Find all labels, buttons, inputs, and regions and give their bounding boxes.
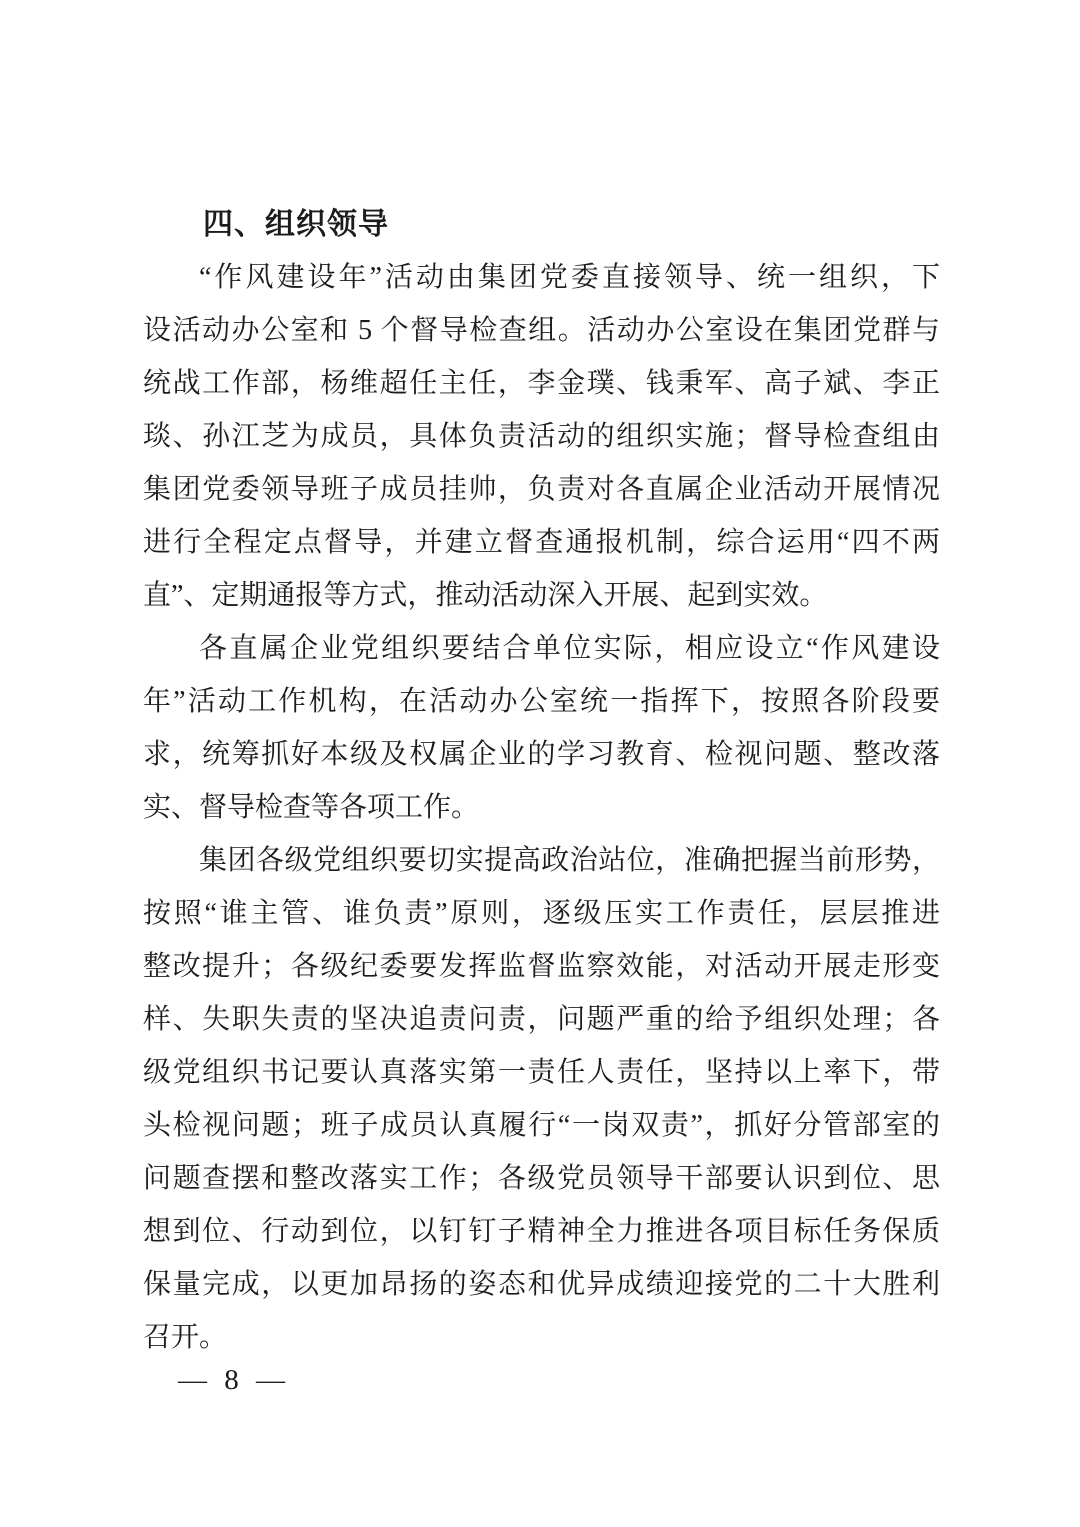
page-number: — 8 — <box>178 1354 290 1407</box>
body-text-line: 问题查摆和整改落实工作；各级党员领导干部要认识到位、思 <box>143 1152 940 1205</box>
body-text-line: 统战工作部，杨维超任主任，李金璞、钱秉军、高子斌、李正 <box>143 357 940 410</box>
body-text-line: 直”、定期通报等方式，推动活动深入开展、起到实效。 <box>143 569 940 622</box>
document-body: 四、组织领导 “作风建设年”活动由集团党委直接领导、统一组织，下设活动办公室和 … <box>143 198 940 1364</box>
section-heading: 四、组织领导 <box>143 198 940 251</box>
document-page: 四、组织领导 “作风建设年”活动由集团党委直接领导、统一组织，下设活动办公室和 … <box>0 0 1080 1527</box>
body-text-line: 年”活动工作机构，在活动办公室统一指挥下，按照各阶段要 <box>143 675 940 728</box>
body-text-line: 琰、孙江芝为成员，具体负责活动的组织实施；督导检查组由 <box>143 410 940 463</box>
body-text-line: “作风建设年”活动由集团党委直接领导、统一组织，下 <box>143 251 940 304</box>
body-text-line: 集团党委领导班子成员挂帅，负责对各直属企业活动开展情况 <box>143 463 940 516</box>
body-text-line: 保量完成，以更加昂扬的姿态和优异成绩迎接党的二十大胜利 <box>143 1258 940 1311</box>
body-text-line: 级党组织书记要认真落实第一责任人责任，坚持以上率下，带 <box>143 1046 940 1099</box>
body-text-line: 设活动办公室和 5 个督导检查组。活动办公室设在集团党群与 <box>143 304 940 357</box>
body-text-line: 集团各级党组织要切实提高政治站位，准确把握当前形势， <box>143 834 940 887</box>
body-text-line: 想到位、行动到位，以钉钉子精神全力推进各项目标任务保质 <box>143 1205 940 1258</box>
body-text-line: 进行全程定点督导，并建立督查通报机制，综合运用“四不两 <box>143 516 940 569</box>
paragraphs: “作风建设年”活动由集团党委直接领导、统一组织，下设活动办公室和 5 个督导检查… <box>143 251 940 1364</box>
body-text-line: 实、督导检查等各项工作。 <box>143 781 940 834</box>
body-text-line: 整改提升；各级纪委要发挥监督监察效能，对活动开展走形变 <box>143 940 940 993</box>
body-text-line: 按照“谁主管、谁负责”原则，逐级压实工作责任，层层推进 <box>143 887 940 940</box>
body-text-line: 求，统筹抓好本级及权属企业的学习教育、检视问题、整改落 <box>143 728 940 781</box>
body-text-line: 样、失职失责的坚决追责问责，问题严重的给予组织处理；各 <box>143 993 940 1046</box>
body-text-line: 头检视问题；班子成员认真履行“一岗双责”，抓好分管部室的 <box>143 1099 940 1152</box>
body-text-line: 各直属企业党组织要结合单位实际，相应设立“作风建设 <box>143 622 940 675</box>
